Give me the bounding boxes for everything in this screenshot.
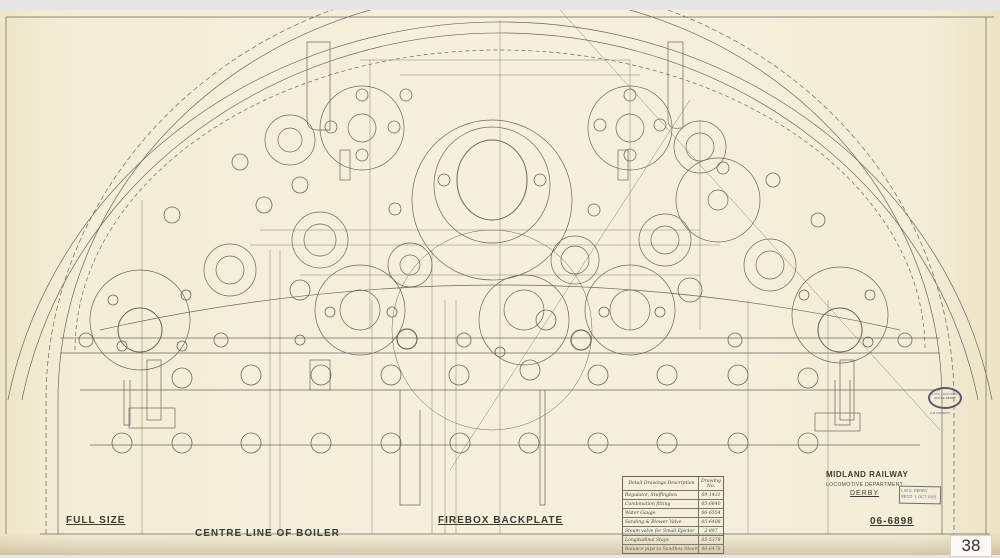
- oval-stamp-subtext: A.B. DIVISION: [930, 411, 950, 415]
- row-number: 05-5378: [699, 536, 723, 544]
- centre-line-label: CENTRE LINE OF BOILER: [195, 528, 340, 539]
- oval-office-stamp: L.M.S. LOCO DRG. OFFICE DERBY: [928, 387, 962, 409]
- drawing-sheet: FULL SIZE CENTRE LINE OF BOILER FIREBOX …: [0, 10, 1000, 555]
- received-stamp: L.M.S. DERBY RECD. 1 OCT 1925: [899, 486, 941, 505]
- table-row: Balance pipe to Sandbox Steam 06-6478: [623, 544, 723, 553]
- scale-label: FULL SIZE: [66, 515, 125, 526]
- oval-stamp-text: L.M.S. LOCO DRG. OFFICE DERBY: [932, 392, 958, 400]
- row-number: 06-6554: [699, 509, 723, 517]
- row-description: Steam valve for Small Ejector: [623, 527, 699, 535]
- row-description: Sanding & Blower Valve: [623, 518, 699, 526]
- table-row: Combination fitting 05-6640: [623, 499, 723, 508]
- drawing-title: FIREBOX BACKPLATE: [438, 515, 563, 526]
- table-row: Longitudinal Stays 05-5378: [623, 535, 723, 544]
- rect-stamp-subtext: RECD. 1 OCT 1925: [901, 494, 939, 501]
- row-description: Balance pipe to Sandbox Steam: [623, 545, 699, 553]
- table-row: Steam valve for Small Ejector 2-897: [623, 526, 723, 535]
- company-name: MIDLAND RAILWAY: [826, 470, 908, 479]
- location-name: DERBY: [850, 490, 879, 497]
- table-row: Sanding & Blower Valve 05-6408: [623, 517, 723, 526]
- header-description: Detail Drawings Description: [623, 477, 699, 490]
- row-description: Longitudinal Stays: [623, 536, 699, 544]
- detail-drawings-table: Detail Drawings Description Drawing No. …: [622, 476, 724, 554]
- row-number: 05-6408: [699, 518, 723, 526]
- sheet-number-label: 38: [950, 535, 992, 557]
- row-number: 09-1431: [699, 491, 723, 499]
- header-number: Drawing No.: [699, 477, 723, 490]
- row-number: 06-6478: [699, 545, 723, 553]
- department-name: LOCOMOTIVE DEPARTMENT: [826, 482, 903, 488]
- row-number: 05-6640: [699, 500, 723, 508]
- row-description: Water Gauge: [623, 509, 699, 517]
- table-row: Water Gauge 06-6554: [623, 508, 723, 517]
- row-number: 2-897: [699, 527, 723, 535]
- row-description: Regulator, Stuffingbox: [623, 491, 699, 499]
- drawing-number: 06-6898: [870, 516, 914, 527]
- row-description: Combination fitting: [623, 500, 699, 508]
- table-header-row: Detail Drawings Description Drawing No.: [623, 477, 723, 490]
- table-row: Regulator, Stuffingbox 09-1431: [623, 490, 723, 499]
